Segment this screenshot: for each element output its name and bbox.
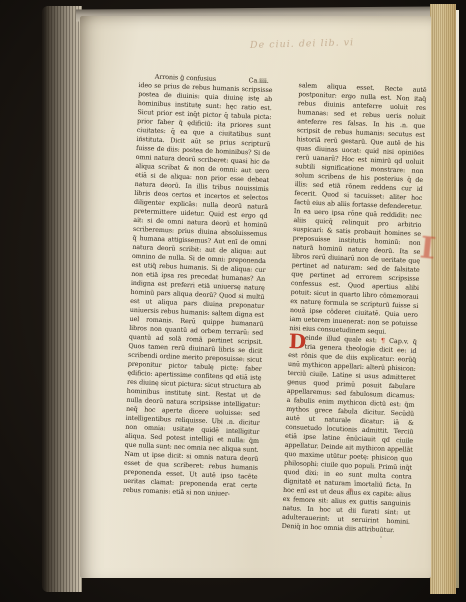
gutter-page-stack — [42, 6, 82, 592]
left-column-text: ideo se prius de rebus humanis scripsiss… — [123, 81, 273, 500]
chapter5-body: q̄ tria genera theologie dicit ee: id es… — [282, 338, 417, 534]
chapter4-end-text: salem aliqua esset. Recte autē postponit… — [289, 81, 427, 338]
fore-edge-highlight — [456, 10, 459, 588]
paper-speck — [380, 536, 382, 538]
handwritten-annotation: De ciui. dei lib. vi — [250, 36, 400, 56]
chapter5-number: Cap.v. — [385, 337, 409, 346]
paper-speck — [140, 136, 142, 138]
left-column: Ca.iiii. Arronis ḡ confusius ideo se pri… — [122, 72, 273, 530]
rubricated-initial-d: D — [288, 333, 305, 351]
book-photo: De ciui. dei lib. vi Ca.iiii. Arronis ḡ … — [0, 0, 466, 602]
red-stain — [348, 488, 353, 492]
fore-edge-stack — [430, 4, 456, 594]
book-page: De ciui. dei lib. vi Ca.iiii. Arronis ḡ … — [80, 16, 431, 578]
chapter5-paragraph: Deinde illud quale est: ¶ Cap.v. q̄ tria… — [281, 333, 417, 536]
text-block: Ca.iiii. Arronis ḡ confusius ideo se pri… — [122, 72, 432, 536]
right-column: salem aliqua esset. Recte autē postponit… — [281, 81, 426, 536]
